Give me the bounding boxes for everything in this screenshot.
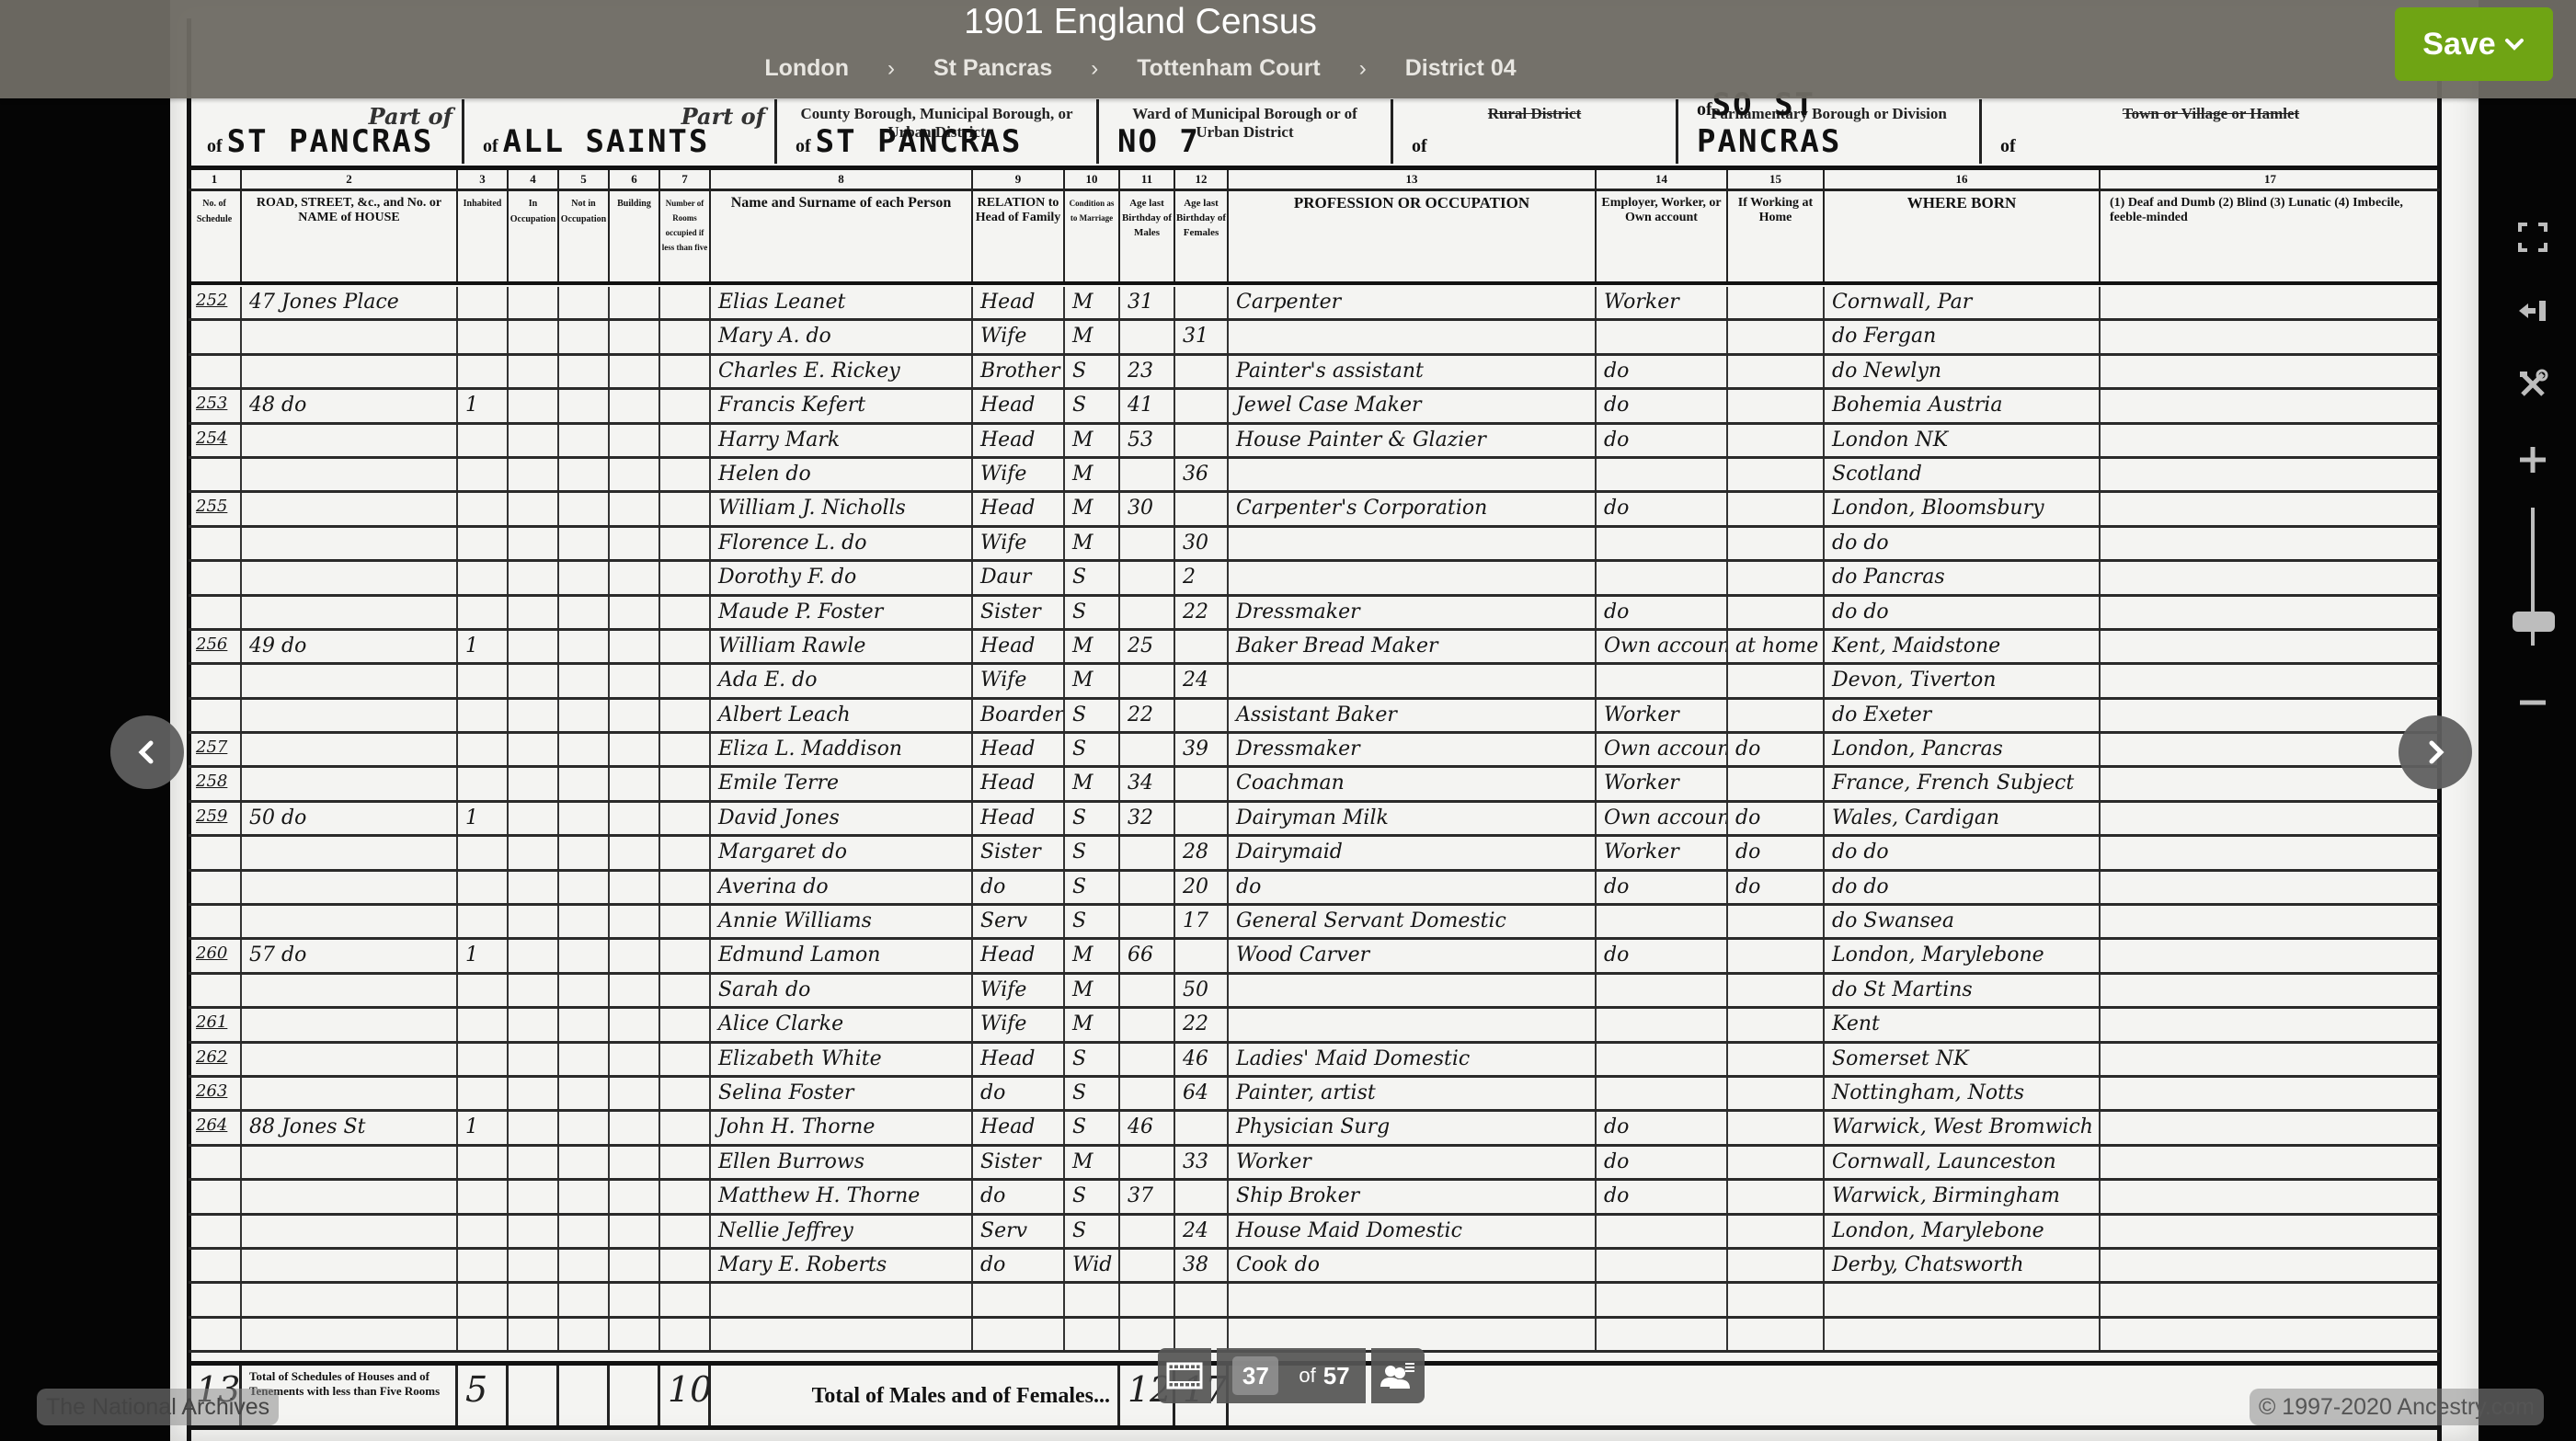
cell-address xyxy=(242,562,458,593)
cell-empty xyxy=(559,425,610,456)
minus-icon xyxy=(2517,687,2548,718)
cell-m-age xyxy=(1120,1147,1175,1178)
cell-address: 57 do xyxy=(242,940,458,971)
cell-f-age: 33 xyxy=(1175,1147,1229,1178)
cell-occ xyxy=(1229,1009,1597,1040)
cell-born: Scotland xyxy=(1825,459,2101,490)
cell-occ: House Painter & Glazier xyxy=(1229,425,1597,456)
cell-occ xyxy=(1229,1284,1597,1315)
cell-cond: S xyxy=(1065,837,1120,868)
ward-field: Ward of Municipal Borough or of Urban Di… xyxy=(1099,99,1393,164)
cell-empty xyxy=(509,321,559,352)
cell-empty xyxy=(559,321,610,352)
cell-address xyxy=(242,425,458,456)
cell-empty xyxy=(2101,1216,2440,1247)
cell-empty xyxy=(660,1284,711,1315)
cell-occ: Coachman xyxy=(1229,768,1597,799)
cell-inh xyxy=(458,459,509,490)
cell-empty xyxy=(660,1044,711,1075)
cell-sch xyxy=(189,1284,242,1315)
cell-name: Alice Clarke xyxy=(711,1009,973,1040)
cell-cond: S xyxy=(1065,597,1120,628)
cell-sch: 263 xyxy=(189,1078,242,1109)
cell-cond: S xyxy=(1065,1112,1120,1143)
census-row: 257Eliza L. MaddisonHeadS39DressmakerOwn… xyxy=(189,734,2440,768)
cell-f-age xyxy=(1175,803,1229,834)
cell-sch: 254 xyxy=(189,425,242,456)
cell-emp: Worker xyxy=(1597,287,1728,318)
cell-born: do Exeter xyxy=(1825,700,2101,731)
cell-empty xyxy=(2101,1112,2440,1143)
cell-address xyxy=(242,1250,458,1281)
cell-empty xyxy=(509,356,559,387)
cell-name: Matthew H. Thorne xyxy=(711,1181,973,1212)
total-persons-label: Total of Males and of Females... xyxy=(711,1366,1120,1425)
cell-name: Emile Terre xyxy=(711,768,973,799)
cell-empty xyxy=(559,872,610,903)
page-number-control: 37 of 57 xyxy=(1217,1348,1366,1403)
cell-m-age: 34 xyxy=(1120,768,1175,799)
cell-inh xyxy=(458,493,509,524)
cell-inh xyxy=(458,1319,509,1350)
cell-empty xyxy=(610,597,660,628)
cell-name: Albert Leach xyxy=(711,700,973,731)
page-total: 57 xyxy=(1323,1362,1350,1390)
census-row: Nellie JeffreyServS24House Maid Domestic… xyxy=(189,1216,2440,1250)
cell-f-age xyxy=(1175,493,1229,524)
cell-sch: 257 xyxy=(189,734,242,765)
cell-empty xyxy=(610,493,660,524)
cell-address xyxy=(242,837,458,868)
previous-image-button[interactable] xyxy=(110,715,184,789)
cell-empty xyxy=(2101,493,2440,524)
cell-empty xyxy=(660,665,711,696)
cell-rel: Sister xyxy=(973,1147,1065,1178)
cell-inh xyxy=(458,1147,509,1178)
census-row: 25348 do1Francis KefertHeadS41Jewel Case… xyxy=(189,390,2440,424)
cell-rel: Serv xyxy=(973,906,1065,937)
cell-sch: 259 xyxy=(189,803,242,834)
cell-born: do do xyxy=(1825,597,2101,628)
breadcrumb-london[interactable]: London xyxy=(764,55,849,82)
cell-home xyxy=(1728,597,1825,628)
cell-born: Devon, Tiverton xyxy=(1825,665,2101,696)
cell-m-age: 32 xyxy=(1120,803,1175,834)
cell-empty xyxy=(610,975,660,1006)
cell-f-age: 17 xyxy=(1175,906,1229,937)
cell-occ xyxy=(1229,1319,1597,1350)
cell-empty xyxy=(660,1147,711,1178)
cell-empty xyxy=(2101,1284,2440,1315)
cell-empty xyxy=(559,1319,610,1350)
cell-rel: Head xyxy=(973,287,1065,318)
cell-born: do do xyxy=(1825,872,2101,903)
cell-empty xyxy=(610,1044,660,1075)
cell-empty xyxy=(509,837,559,868)
cell-name: Charles E. Rickey xyxy=(711,356,973,387)
cell-rel: Wife xyxy=(973,528,1065,559)
cell-born: Warwick, West Bromwich xyxy=(1825,1112,2101,1143)
cell-sch: 260 xyxy=(189,940,242,971)
cell-empty xyxy=(509,768,559,799)
cell-empty xyxy=(610,425,660,456)
total-houses: 5 xyxy=(458,1366,509,1425)
cell-born: Nottingham, Notts xyxy=(1825,1078,2101,1109)
cell-empty xyxy=(509,528,559,559)
index-panel-button[interactable] xyxy=(1371,1348,1425,1403)
cell-empty xyxy=(509,1044,559,1075)
cell-name: Francis Kefert xyxy=(711,390,973,421)
cell-sch: 256 xyxy=(189,631,242,662)
cell-home xyxy=(1728,1009,1825,1040)
page-number-input[interactable]: 37 xyxy=(1232,1356,1278,1395)
cell-empty xyxy=(660,975,711,1006)
census-row: 25950 do1David JonesHeadS32Dairyman Milk… xyxy=(189,803,2440,837)
cell-occ: Wood Carver xyxy=(1229,940,1597,971)
cell-occ: Painter, artist xyxy=(1229,1078,1597,1109)
cell-emp xyxy=(1597,1044,1728,1075)
copyright-watermark: © 1997-2020 Ancestry.com xyxy=(2250,1389,2544,1425)
cell-cond: M xyxy=(1065,425,1120,456)
census-row: Matthew H. ThornedoS37Ship BrokerdoWarwi… xyxy=(189,1181,2440,1215)
cell-empty xyxy=(2101,734,2440,765)
cell-f-age: 50 xyxy=(1175,975,1229,1006)
cell-home xyxy=(1728,768,1825,799)
census-rows: 25247 Jones PlaceElias LeanetHeadM31Carp… xyxy=(189,287,2440,1353)
page-of-label: of xyxy=(1299,1364,1315,1388)
cell-m-age: 23 xyxy=(1120,356,1175,387)
cell-empty xyxy=(2101,940,2440,971)
cell-name: John H. Thorne xyxy=(711,1112,973,1143)
fullscreen-button[interactable] xyxy=(2516,221,2549,254)
cell-cond: S xyxy=(1065,390,1120,421)
cell-empty xyxy=(660,287,711,318)
cell-empty xyxy=(2101,1044,2440,1075)
cell-f-age xyxy=(1175,631,1229,662)
cell-emp: do xyxy=(1597,356,1728,387)
cell-empty xyxy=(610,940,660,971)
cell-cond: S xyxy=(1065,1078,1120,1109)
cell-sch xyxy=(189,1147,242,1178)
cell-cond: M xyxy=(1065,1009,1120,1040)
census-row xyxy=(189,1284,2440,1318)
cell-empty xyxy=(660,837,711,868)
cell-occ: Dairyman Milk xyxy=(1229,803,1597,834)
cell-address xyxy=(242,734,458,765)
zoom-slider-handle[interactable] xyxy=(2513,612,2555,632)
cell-f-age xyxy=(1175,390,1229,421)
civil-parish-field: of ST PANCRAS Part of xyxy=(189,99,464,164)
tools-button[interactable] xyxy=(2516,368,2549,401)
cell-cond: S xyxy=(1065,356,1120,387)
cell-empty xyxy=(610,906,660,937)
cell-address xyxy=(242,665,458,696)
cell-f-age xyxy=(1175,1319,1229,1350)
cell-home xyxy=(1728,356,1825,387)
census-row: Mary A. doWifeM31do Fergan xyxy=(189,321,2440,355)
census-row: Averina dodoS20dodododo do xyxy=(189,872,2440,906)
cell-born xyxy=(1825,1319,2101,1350)
cell-f-age xyxy=(1175,1181,1229,1212)
cell-rel: do xyxy=(973,1078,1065,1109)
census-column-headers: 1No. of Schedule 2ROAD, STREET, &c., and… xyxy=(189,166,2440,285)
cell-cond: M xyxy=(1065,631,1120,662)
cell-rel: Wife xyxy=(973,975,1065,1006)
cell-occ: Baker Bread Maker xyxy=(1229,631,1597,662)
cell-home xyxy=(1728,906,1825,937)
cell-empty xyxy=(2101,597,2440,628)
breadcrumb-tottenham-court[interactable]: Tottenham Court xyxy=(1137,55,1321,82)
breadcrumb-st-pancras[interactable]: St Pancras xyxy=(933,55,1052,82)
cell-rel: Wife xyxy=(973,1009,1065,1040)
cell-m-age: 41 xyxy=(1120,390,1175,421)
cell-address xyxy=(242,321,458,352)
cell-born: do do xyxy=(1825,528,2101,559)
cell-empty xyxy=(509,940,559,971)
cell-empty xyxy=(2101,975,2440,1006)
cell-empty xyxy=(559,631,610,662)
cell-name: Florence L. do xyxy=(711,528,973,559)
cell-rel: Wife xyxy=(973,321,1065,352)
cell-inh xyxy=(458,425,509,456)
cell-m-age xyxy=(1120,975,1175,1006)
cell-home: do xyxy=(1728,837,1825,868)
cell-m-age xyxy=(1120,597,1175,628)
cell-empty xyxy=(660,940,711,971)
cell-rel: Serv xyxy=(973,1216,1065,1247)
cell-cond: Wid xyxy=(1065,1250,1120,1281)
census-row: Margaret doSisterS28DairymaidWorkerdodo … xyxy=(189,837,2440,871)
cell-occ: Worker xyxy=(1229,1147,1597,1178)
cell-address: 50 do xyxy=(242,803,458,834)
cell-empty xyxy=(2101,665,2440,696)
cell-emp: do xyxy=(1597,425,1728,456)
cell-f-age: 39 xyxy=(1175,734,1229,765)
cell-m-age xyxy=(1120,1078,1175,1109)
cell-born: do Fergan xyxy=(1825,321,2101,352)
cell-address xyxy=(242,768,458,799)
cell-name: Annie Williams xyxy=(711,906,973,937)
cell-empty xyxy=(660,597,711,628)
cell-rel: Head xyxy=(973,940,1065,971)
cell-empty xyxy=(610,321,660,352)
zoom-out-button[interactable] xyxy=(2516,686,2549,719)
cell-empty xyxy=(2101,562,2440,593)
cell-rel: Head xyxy=(973,631,1065,662)
cell-empty xyxy=(660,1078,711,1109)
census-row: 26488 Jones St1John H. ThorneHeadS46Phys… xyxy=(189,1112,2440,1146)
cell-empty xyxy=(559,459,610,490)
cell-name xyxy=(711,1319,973,1350)
cell-emp xyxy=(1597,1250,1728,1281)
cell-rel: do xyxy=(973,872,1065,903)
cell-empty xyxy=(509,1319,559,1350)
save-button[interactable]: Save xyxy=(2395,7,2553,81)
cell-inh xyxy=(458,1009,509,1040)
cell-empty xyxy=(660,631,711,662)
cell-name: Sarah do xyxy=(711,975,973,1006)
cell-empty xyxy=(610,837,660,868)
breadcrumb-separator: › xyxy=(1359,56,1367,82)
cell-born: do do xyxy=(1825,837,2101,868)
cell-home: do xyxy=(1728,734,1825,765)
cell-empty xyxy=(2101,906,2440,937)
cell-cond: M xyxy=(1065,493,1120,524)
cell-rel xyxy=(973,1319,1065,1350)
cell-sch: 258 xyxy=(189,768,242,799)
cell-home xyxy=(1728,975,1825,1006)
cell-empty xyxy=(610,700,660,731)
cell-home xyxy=(1728,940,1825,971)
cell-empty xyxy=(2101,1181,2440,1212)
cell-empty xyxy=(559,597,610,628)
cell-f-age: 46 xyxy=(1175,1044,1229,1075)
cell-empty xyxy=(509,1181,559,1212)
cell-rel: Wife xyxy=(973,459,1065,490)
cell-m-age xyxy=(1120,1009,1175,1040)
census-page-image[interactable]: of ST PANCRAS Part of of ALL SAINTS Part… xyxy=(170,0,2479,1441)
cell-cond xyxy=(1065,1284,1120,1315)
cell-rel: Head xyxy=(973,493,1065,524)
cell-cond: S xyxy=(1065,734,1120,765)
cell-address xyxy=(242,975,458,1006)
tools-icon xyxy=(2517,369,2548,400)
cell-m-age xyxy=(1120,528,1175,559)
cell-empty xyxy=(2101,390,2440,421)
cell-cond: S xyxy=(1065,906,1120,937)
census-row: 255William J. NichollsHeadM30Carpenter's… xyxy=(189,493,2440,527)
cell-empty xyxy=(559,975,610,1006)
cell-f-age xyxy=(1175,940,1229,971)
cell-sch xyxy=(189,356,242,387)
cell-m-age xyxy=(1120,734,1175,765)
cell-empty xyxy=(660,1216,711,1247)
cell-empty xyxy=(610,1216,660,1247)
cell-cond: S xyxy=(1065,1216,1120,1247)
cell-rel: do xyxy=(973,1181,1065,1212)
cell-empty xyxy=(610,1250,660,1281)
cell-home xyxy=(1728,562,1825,593)
cell-occ: Assistant Baker xyxy=(1229,700,1597,731)
cell-sch xyxy=(189,528,242,559)
cell-inh xyxy=(458,1284,509,1315)
cell-name: Maude P. Foster xyxy=(711,597,973,628)
cell-empty xyxy=(660,906,711,937)
cell-sch xyxy=(189,975,242,1006)
next-image-button[interactable] xyxy=(2399,715,2472,789)
census-row: 25649 do1William RawleHeadM25Baker Bread… xyxy=(189,631,2440,665)
cell-empty xyxy=(610,1147,660,1178)
cell-name: Harry Mark xyxy=(711,425,973,456)
cell-occ: Carpenter's Corporation xyxy=(1229,493,1597,524)
cell-emp: do xyxy=(1597,1112,1728,1143)
filmstrip-button[interactable] xyxy=(1158,1348,1211,1403)
cell-m-age xyxy=(1120,1216,1175,1247)
cell-occ: Carpenter xyxy=(1229,287,1597,318)
cell-empty xyxy=(660,390,711,421)
cell-rel: Sister xyxy=(973,837,1065,868)
cell-address xyxy=(242,1147,458,1178)
cell-empty xyxy=(610,1319,660,1350)
cell-address xyxy=(242,700,458,731)
cell-sch: 252 xyxy=(189,287,242,318)
cell-born: Cornwall, Par xyxy=(1825,287,2101,318)
cell-empty xyxy=(610,768,660,799)
cell-occ: Dressmaker xyxy=(1229,597,1597,628)
cell-rel: do xyxy=(973,1250,1065,1281)
census-image-viewer[interactable]: of ST PANCRAS Part of of ALL SAINTS Part… xyxy=(0,0,2576,1441)
cell-sch: 255 xyxy=(189,493,242,524)
cell-empty xyxy=(509,459,559,490)
cell-occ: Dressmaker xyxy=(1229,734,1597,765)
cell-emp xyxy=(1597,1078,1728,1109)
cell-m-age xyxy=(1120,872,1175,903)
cell-home xyxy=(1728,1216,1825,1247)
cell-name: Eliza L. Maddison xyxy=(711,734,973,765)
census-row: Helen doWifeM36Scotland xyxy=(189,459,2440,493)
cell-m-age: 46 xyxy=(1120,1112,1175,1143)
cell-empty xyxy=(559,287,610,318)
cell-address xyxy=(242,872,458,903)
cell-empty xyxy=(2101,528,2440,559)
collapse-panel-button[interactable] xyxy=(2516,294,2549,327)
cell-sch xyxy=(189,872,242,903)
cell-emp: do xyxy=(1597,872,1728,903)
cell-rel xyxy=(973,1284,1065,1315)
cell-empty xyxy=(509,493,559,524)
cell-name: Nellie Jeffrey xyxy=(711,1216,973,1247)
cell-inh xyxy=(458,1250,509,1281)
census-row: Ellen BurrowsSisterM33WorkerdoCornwall, … xyxy=(189,1147,2440,1181)
cell-born: London, Pancras xyxy=(1825,734,2101,765)
cell-empty xyxy=(509,734,559,765)
cell-name xyxy=(711,1284,973,1315)
parliamentary-borough-field: Parliamentary Borough or Division ofSO S… xyxy=(1678,99,1982,164)
cell-empty xyxy=(509,631,559,662)
zoom-in-button[interactable] xyxy=(2516,443,2549,476)
cell-f-age: 30 xyxy=(1175,528,1229,559)
cell-empty xyxy=(2101,1078,2440,1109)
cell-born: London, Marylebone xyxy=(1825,1216,2101,1247)
census-row: 25247 Jones PlaceElias LeanetHeadM31Carp… xyxy=(189,287,2440,321)
cell-cond: S xyxy=(1065,1181,1120,1212)
cell-sch xyxy=(189,700,242,731)
cell-occ: Ladies' Maid Domestic xyxy=(1229,1044,1597,1075)
plus-icon xyxy=(2517,444,2548,475)
cell-emp xyxy=(1597,1009,1728,1040)
cell-m-age xyxy=(1120,1284,1175,1315)
cell-inh xyxy=(458,597,509,628)
cell-inh: 1 xyxy=(458,631,509,662)
page-title: 1901 England Census xyxy=(0,2,2281,42)
cell-empty xyxy=(660,356,711,387)
cell-emp xyxy=(1597,459,1728,490)
cell-f-age xyxy=(1175,356,1229,387)
cell-rel: Daur xyxy=(973,562,1065,593)
cell-name: Margaret do xyxy=(711,837,973,868)
total-rooms: 10 xyxy=(660,1366,711,1425)
cell-name: Mary A. do xyxy=(711,321,973,352)
cell-occ: Physician Surg xyxy=(1229,1112,1597,1143)
cell-empty xyxy=(610,1112,660,1143)
cell-f-age: 24 xyxy=(1175,1216,1229,1247)
cell-empty xyxy=(559,528,610,559)
chevron-right-icon xyxy=(2422,739,2448,765)
cell-cond: S xyxy=(1065,700,1120,731)
cell-address xyxy=(242,493,458,524)
breadcrumb-district[interactable]: District 04 xyxy=(1405,55,1517,82)
cell-name: Helen do xyxy=(711,459,973,490)
